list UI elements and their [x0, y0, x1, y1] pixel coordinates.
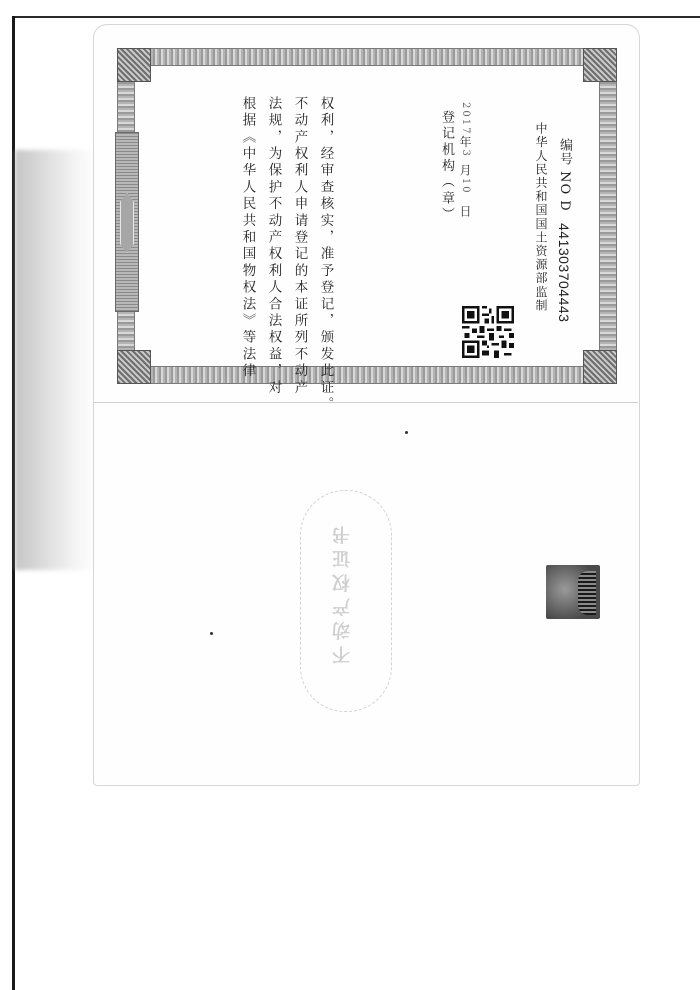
page-fold-divider	[93, 402, 638, 403]
frame-corner-icon	[583, 48, 617, 82]
frame-border-right	[599, 78, 617, 354]
date-year: 2017	[460, 102, 471, 135]
date-month-unit: 月	[458, 164, 472, 178]
registry-seal-label: 登记机构（章）	[440, 110, 453, 223]
issuer-line: 中华人民共和国国土资源部监制	[535, 122, 547, 312]
preamble-line-3: 不动产权利人申请登记的本证所列不动产	[292, 96, 306, 397]
scan-speck	[405, 431, 408, 434]
date-month: 3	[460, 149, 471, 157]
frame-border-top	[147, 48, 587, 66]
preamble-line-4: 权利，经审查核实，准予登记，颁发此证。	[318, 96, 332, 413]
scan-edge-top	[12, 16, 700, 18]
scan-speck	[210, 632, 213, 635]
date-day-unit: 日	[458, 205, 472, 219]
frame-border-bottom	[147, 366, 587, 384]
frame-corner-icon	[117, 350, 151, 384]
watermark-text: 不动产权证书	[330, 520, 356, 664]
serial-label: 编号 NO D	[557, 138, 572, 212]
preamble-line-2: 法规，为保护不动产权利人合法权益，对	[266, 96, 280, 397]
preamble-line-1: 根据《中华人民共和国物权法》等法律	[240, 96, 254, 380]
serial-line: 编号 NO D 441303704443	[557, 138, 571, 322]
frame-side-panel	[115, 132, 139, 312]
date-day: 10	[460, 178, 471, 195]
frame-corner-icon	[583, 350, 617, 384]
frame-corner-icon	[117, 48, 151, 82]
issue-date: 2017年3月10日	[459, 102, 471, 219]
security-hologram-icon	[546, 565, 600, 619]
date-year-unit: 年	[458, 135, 472, 149]
serial-number: 441303704443	[556, 223, 572, 322]
scan-shadow	[15, 150, 95, 570]
qr-code-icon	[462, 306, 514, 358]
